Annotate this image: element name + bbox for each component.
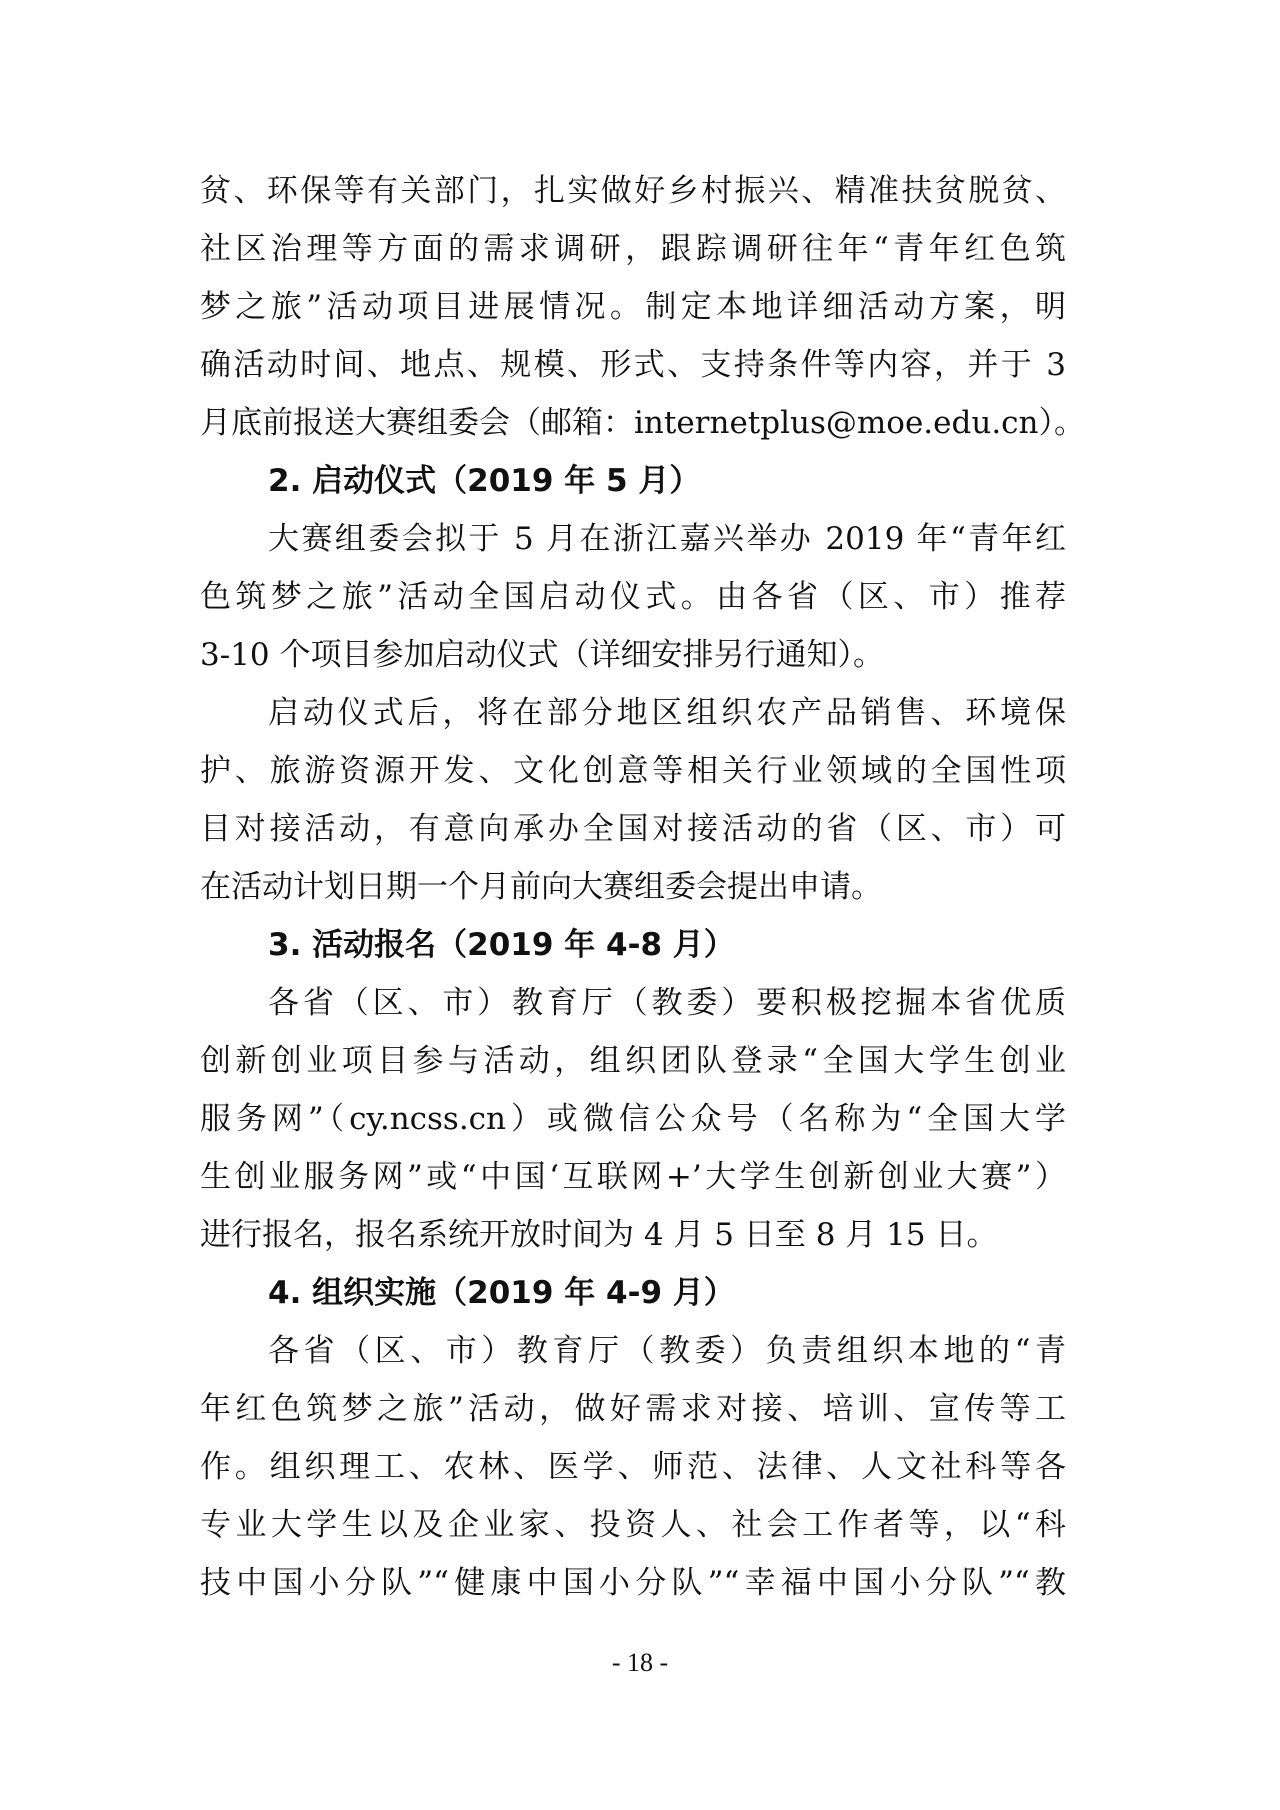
paragraph-line: 梦之旅”活动项目进展情况。制定本地详细活动方案，明 [200,284,1066,342]
paragraph-line: 贫、环保等有关部门，扎实做好乡村振兴、精准扶贫脱贫、 [200,168,1066,226]
paragraph-line: 护、旅游资源开发、文化创意等相关行业领域的全国性项 [200,748,1066,806]
paragraph-line: 作。组织理工、农林、医学、师范、法律、人文社科等各 [200,1444,1066,1502]
section-heading-implementation: 4. 组织实施（2019 年 4-9 月） [200,1270,1066,1328]
paragraph-line: 色筑梦之旅”活动全国启动仪式。由各省（区、市）推荐 [200,574,1066,632]
page-number: - 18 - [0,1648,1280,1678]
paragraph-line: 年红色筑梦之旅”活动，做好需求对接、培训、宣传等工 [200,1386,1066,1444]
paragraph-line: 专业大学生以及企业家、投资人、社会工作者等，以“科 [200,1502,1066,1560]
document-body: 贫、环保等有关部门，扎实做好乡村振兴、精准扶贫脱贫、 社区治理等方面的需求调研，… [200,168,1066,1618]
paragraph-line: 确活动时间、地点、规模、形式、支持条件等内容，并于 3 [200,342,1066,400]
paragraph-line: 技中国小分队”“健康中国小分队”“幸福中国小分队”“教 [200,1560,1066,1618]
paragraph-line: 在活动计划日期一个月前向大赛组委会提出申请。 [200,864,1066,922]
paragraph-line: 大赛组委会拟于 5 月在浙江嘉兴举办 2019 年“青年红 [200,516,1066,574]
paragraph-line: 创新创业项目参与活动，组织团队登录“全国大学生创业 [200,1038,1066,1096]
section-heading-registration: 3. 活动报名（2019 年 4-8 月） [200,922,1066,980]
paragraph-line: 目对接活动，有意向承办全国对接活动的省（区、市）可 [200,806,1066,864]
paragraph-line: 进行报名，报名系统开放时间为 4 月 5 日至 8 月 15 日。 [200,1212,1066,1270]
paragraph-line: 社区治理等方面的需求调研，跟踪调研往年“青年红色筑 [200,226,1066,284]
paragraph-line: 3-10 个项目参加启动仪式（详细安排另行通知）。 [200,632,1066,690]
section-heading-launch-ceremony: 2. 启动仪式（2019 年 5 月） [200,458,1066,516]
paragraph-line: 生创业服务网”或“中国‘互联网+’大学生创新创业大赛”） [200,1154,1066,1212]
paragraph-line: 月底前报送大赛组委会（邮箱：internetplus@moe.edu.cn）。 [200,400,1066,458]
paragraph-line: 各省（区、市）教育厅（教委）要积极挖掘本省优质 [200,980,1066,1038]
paragraph-line: 启动仪式后，将在部分地区组织农产品销售、环境保 [200,690,1066,748]
paragraph-line: 各省（区、市）教育厅（教委）负责组织本地的“青 [200,1328,1066,1386]
paragraph-line: 服务网”（cy.ncss.cn）或微信公众号（名称为“全国大学 [200,1096,1066,1154]
document-page: 贫、环保等有关部门，扎实做好乡村振兴、精准扶贫脱贫、 社区治理等方面的需求调研，… [0,0,1280,1810]
